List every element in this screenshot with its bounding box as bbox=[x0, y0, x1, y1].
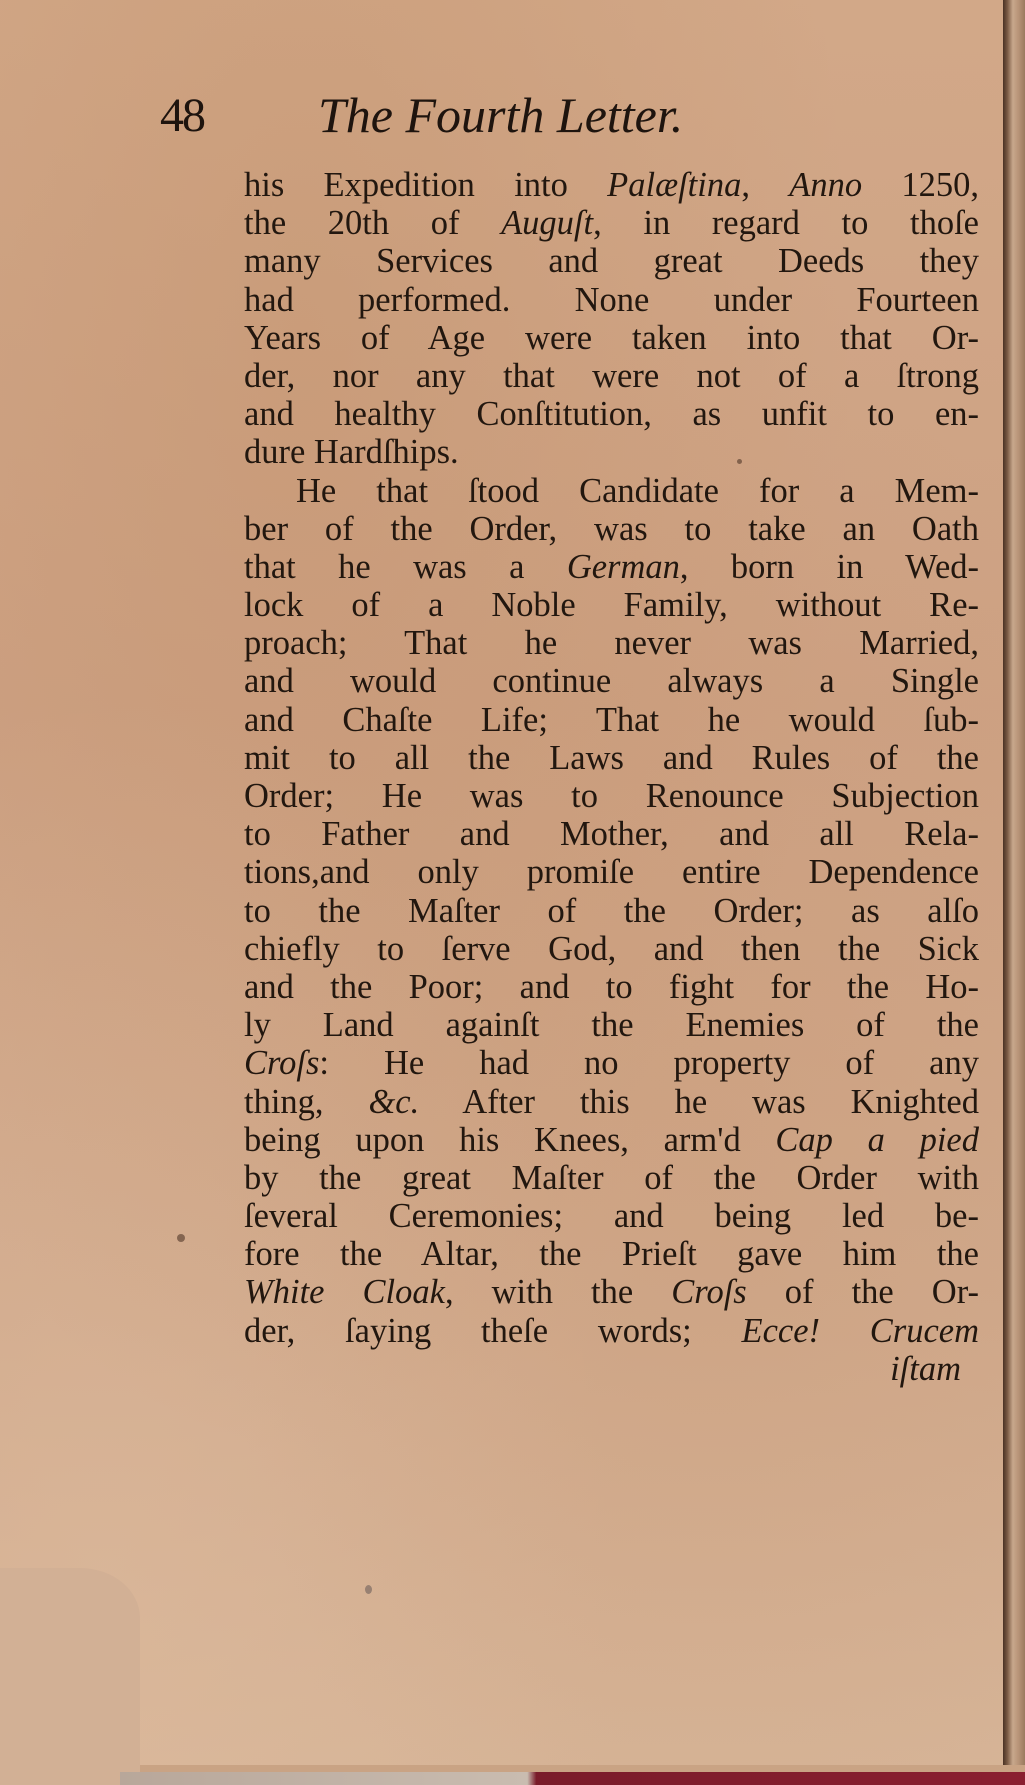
text-line: He that ſtood Candidate for a Mem- bbox=[244, 472, 979, 510]
text-line: his Expedition into Palæſtina, Anno 1250… bbox=[244, 166, 979, 204]
text-run: , born in Wed- bbox=[680, 548, 979, 586]
catchword: iſtam bbox=[244, 1350, 979, 1388]
text-run: had performed. None under Fourteen bbox=[244, 281, 979, 319]
text-run: , with the bbox=[445, 1273, 671, 1311]
body-text: his Expedition into Palæſtina, Anno 1250… bbox=[244, 166, 979, 1388]
italic-text: White Cloak bbox=[244, 1273, 445, 1311]
text-run: fore the Altar, the Prieſt gave him the bbox=[244, 1235, 979, 1273]
text-run: proach; That he never was Married, bbox=[244, 624, 979, 662]
text-run: of the Or- bbox=[747, 1273, 979, 1311]
text-run: and would continue always a Single bbox=[244, 662, 979, 700]
text-line: had performed. None under Fourteen bbox=[244, 281, 979, 319]
text-run: the 20th of bbox=[244, 204, 501, 242]
text-run: thing, bbox=[244, 1083, 368, 1121]
italic-text: Croſs bbox=[671, 1273, 746, 1311]
text-run: lock of a Noble Family, without Re- bbox=[244, 586, 979, 624]
italic-text: Palæſtina bbox=[607, 166, 741, 204]
text-run: by the great Maſter of the Order with bbox=[244, 1159, 979, 1197]
text-line: the 20th of Auguſt, in regard to thoſe bbox=[244, 204, 979, 242]
text-run: and healthy Conſtitution, as unfit to en… bbox=[244, 395, 979, 433]
text-run: to the Maſter of the Order; as alſo bbox=[244, 892, 979, 930]
text-run: tions,and only promiſe entire Dependence bbox=[244, 853, 979, 891]
text-run: After this he was Knighted bbox=[419, 1083, 979, 1121]
text-line: Years of Age were taken into that Or- bbox=[244, 319, 979, 357]
text-line: fore the Altar, the Prieſt gave him the bbox=[244, 1235, 979, 1273]
page-edge bbox=[1003, 0, 1025, 1765]
text-line: and healthy Conſtitution, as unfit to en… bbox=[244, 395, 979, 433]
ink-speck bbox=[365, 1585, 372, 1594]
text-run: mit to all the Laws and Rules of the bbox=[244, 739, 979, 777]
text-run: and the Poor; and to fight for the Ho- bbox=[244, 968, 979, 1006]
text-line: ſeveral Ceremonies; and being led be- bbox=[244, 1197, 979, 1235]
text-run: to Father and Mother, and all Rela- bbox=[244, 815, 979, 853]
text-line: that he was a German, born in Wed- bbox=[244, 548, 979, 586]
text-run: ly Land againſt the Enemies of the bbox=[244, 1006, 979, 1044]
text-line: and the Poor; and to fight for the Ho- bbox=[244, 968, 979, 1006]
text-line: ber of the Order, was to take an Oath bbox=[244, 510, 979, 548]
italic-text: Ecce! Crucem bbox=[742, 1312, 979, 1350]
text-line: to the Maſter of the Order; as alſo bbox=[244, 892, 979, 930]
text-run: being upon his Knees, arm'd bbox=[244, 1121, 775, 1159]
text-run: 1250, bbox=[862, 166, 979, 204]
text-run: ſeveral Ceremonies; and being led be- bbox=[244, 1197, 979, 1235]
page-number: 48 bbox=[160, 88, 204, 143]
page-header: 48 The Fourth Letter. bbox=[0, 80, 1010, 160]
italic-text: Croſs bbox=[244, 1044, 319, 1082]
text-line: der, ſaying theſe words; Ecce! Crucem bbox=[244, 1312, 979, 1350]
italic-text: &c. bbox=[368, 1083, 419, 1121]
text-run: ber of the Order, was to take an Oath bbox=[244, 510, 979, 548]
text-line: thing, &c. After this he was Knighted bbox=[244, 1083, 979, 1121]
text-line: tions,and only promiſe entire Dependence bbox=[244, 853, 979, 891]
text-run: dure Hardſhips. bbox=[244, 433, 459, 471]
text-run: : He had no property of any bbox=[319, 1044, 979, 1082]
text-line: proach; That he never was Married, bbox=[244, 624, 979, 662]
text-line: many Services and great Deeds they bbox=[244, 242, 979, 280]
text-line: White Cloak, with the Croſs of the Or- bbox=[244, 1273, 979, 1311]
italic-text: German bbox=[567, 548, 680, 586]
book-binding bbox=[120, 1772, 1025, 1785]
text-line: and Chaſte Life; That he would ſub- bbox=[244, 701, 979, 739]
italic-text: Anno bbox=[789, 166, 862, 204]
text-line: Croſs: He had no property of any bbox=[244, 1044, 979, 1082]
text-run: der, nor any that were not of a ſtrong bbox=[244, 357, 979, 395]
text-line: ly Land againſt the Enemies of the bbox=[244, 1006, 979, 1044]
text-line: dure Hardſhips. bbox=[244, 433, 979, 471]
text-line: by the great Maſter of the Order with bbox=[244, 1159, 979, 1197]
text-run: der, ſaying theſe words; bbox=[244, 1312, 742, 1350]
italic-text: Auguſt bbox=[501, 204, 593, 242]
text-run: his Expedition into bbox=[244, 166, 607, 204]
text-run: and Chaſte Life; That he would ſub- bbox=[244, 701, 979, 739]
text-line: to Father and Mother, and all Rela- bbox=[244, 815, 979, 853]
text-run: many Services and great Deeds they bbox=[244, 242, 979, 280]
text-line: chiefly to ſerve God, and then the Sick bbox=[244, 930, 979, 968]
text-run: , in regard to thoſe bbox=[593, 204, 979, 242]
running-title: The Fourth Letter. bbox=[318, 86, 683, 144]
text-run: chiefly to ſerve God, and then the Sick bbox=[244, 930, 979, 968]
italic-text: Cap a pied bbox=[775, 1121, 979, 1159]
text-line: and would continue always a Single bbox=[244, 662, 979, 700]
text-line: mit to all the Laws and Rules of the bbox=[244, 739, 979, 777]
text-line: der, nor any that were not of a ſtrong bbox=[244, 357, 979, 395]
text-run: Years of Age were taken into that Or- bbox=[244, 319, 979, 357]
text-run: Order; He was to Renounce Subjection bbox=[244, 777, 979, 815]
text-line: Order; He was to Renounce Subjection bbox=[244, 777, 979, 815]
text-run: He that ſtood Candidate for a Mem- bbox=[296, 472, 979, 510]
text-line: being upon his Knees, arm'd Cap a pied bbox=[244, 1121, 979, 1159]
text-run: , bbox=[741, 166, 789, 204]
torn-corner bbox=[0, 1568, 140, 1785]
text-run: that he was a bbox=[244, 548, 567, 586]
ink-speck bbox=[177, 1234, 185, 1242]
text-line: lock of a Noble Family, without Re- bbox=[244, 586, 979, 624]
